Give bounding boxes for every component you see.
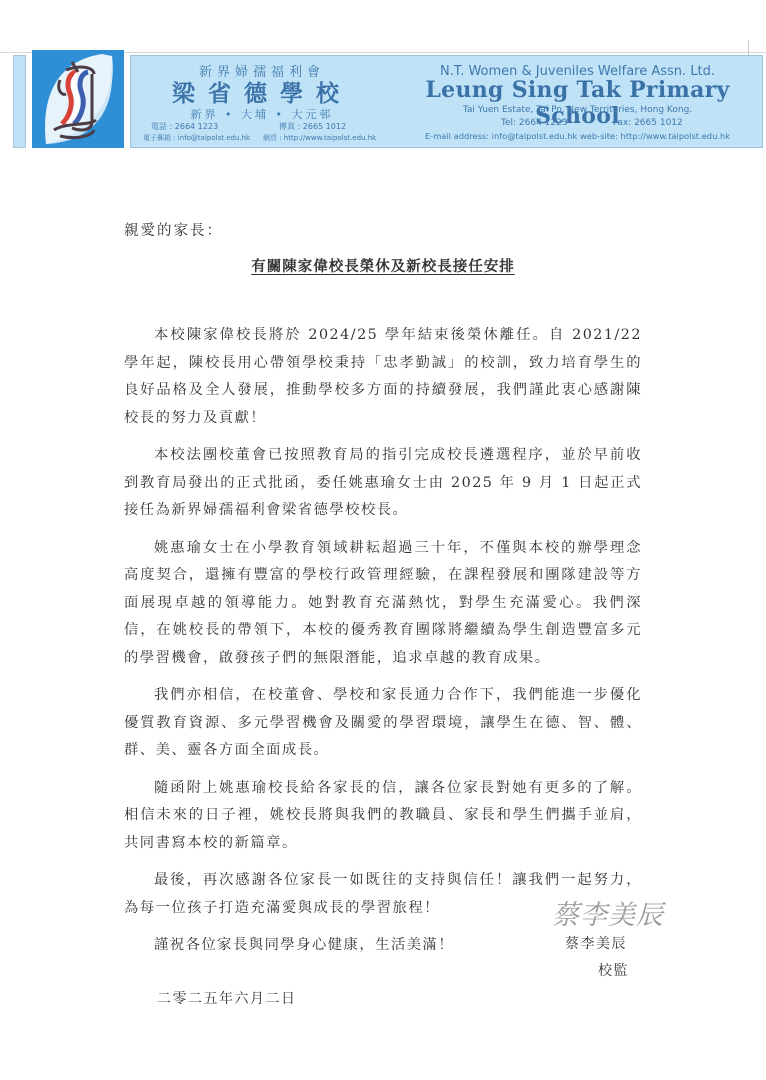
- letterhead-banner: 新界婦孺福利會 梁省德學校 新界 • 大埔 • 大元邨 電話 : 2664 12…: [130, 55, 763, 148]
- fax-zh: 傳真 : 2665 1012: [279, 121, 346, 132]
- letter-date: 二零二五年六月二日: [157, 988, 297, 1008]
- letter-subject: 有關陳家偉校長榮休及新校長接任安排: [0, 255, 766, 276]
- fax-en: Fax: 2665 1012: [613, 118, 683, 128]
- letter-subject-text: 有關陳家偉校長榮休及新校長接任安排: [251, 258, 515, 275]
- letter-body: 本校陳家偉校長將於 2024/25 學年結束後榮休離任。自 2021/22 學年…: [124, 322, 642, 970]
- letterhead-english: N.T. Women & Juveniles Welfare Assn. Ltd…: [393, 56, 762, 147]
- salutation: 親愛的家長：: [124, 219, 223, 240]
- school-name-zh: 梁省德學校: [131, 75, 393, 108]
- letterhead-chinese: 新界婦孺福利會 梁省德學校 新界 • 大埔 • 大元邨 電話 : 2664 12…: [131, 56, 393, 147]
- email-zh: 電子郵箱 : info@taipolst.edu.hk: [143, 133, 250, 143]
- tel-en: Tel: 2664 1223: [501, 118, 568, 128]
- paragraph-2: 本校法團校董會已按照教育局的指引完成校長遴選程序，並於早前收到教育局發出的正式批…: [124, 442, 642, 525]
- letterhead-strip: [13, 55, 26, 148]
- paragraph-5: 隨函附上姚惠瑜校長給各家長的信，讓各位家長對她有更多的了解。相信未來的日子裡，姚…: [124, 775, 642, 858]
- contact-en: E-mail address: info@taipolst.edu.hk web…: [393, 131, 762, 141]
- address-zh: 新界 • 大埔 • 大元邨: [131, 106, 393, 122]
- paragraph-4: 我們亦相信，在校董會、學校和家長通力合作下，我們能進一步優化優質教育資源、多元學…: [124, 682, 642, 765]
- tel-zh: 電話 : 2664 1223: [151, 121, 218, 132]
- paragraph-1: 本校陳家偉校長將於 2024/25 學年結束後榮休離任。自 2021/22 學年…: [124, 322, 642, 432]
- handwritten-signature: 蔡李美辰: [552, 893, 664, 932]
- address-en: Tai Yuen Estate, Tai Po, New Territories…: [393, 105, 762, 115]
- paragraph-3: 姚惠瑜女士在小學教育領域耕耘超過三十年，不僅與本校的辦學理念高度契合，還擁有豐富…: [124, 535, 642, 673]
- signer-title: 校監: [598, 960, 629, 980]
- signer-name: 蔡李美辰: [565, 933, 627, 953]
- school-logo-icon: [32, 50, 124, 148]
- website-zh: 網頁 : http://www.taipolst.edu.hk: [263, 133, 376, 143]
- school-logo: [32, 50, 124, 148]
- school-name-en: Leung Sing Tak Primary School: [393, 77, 762, 129]
